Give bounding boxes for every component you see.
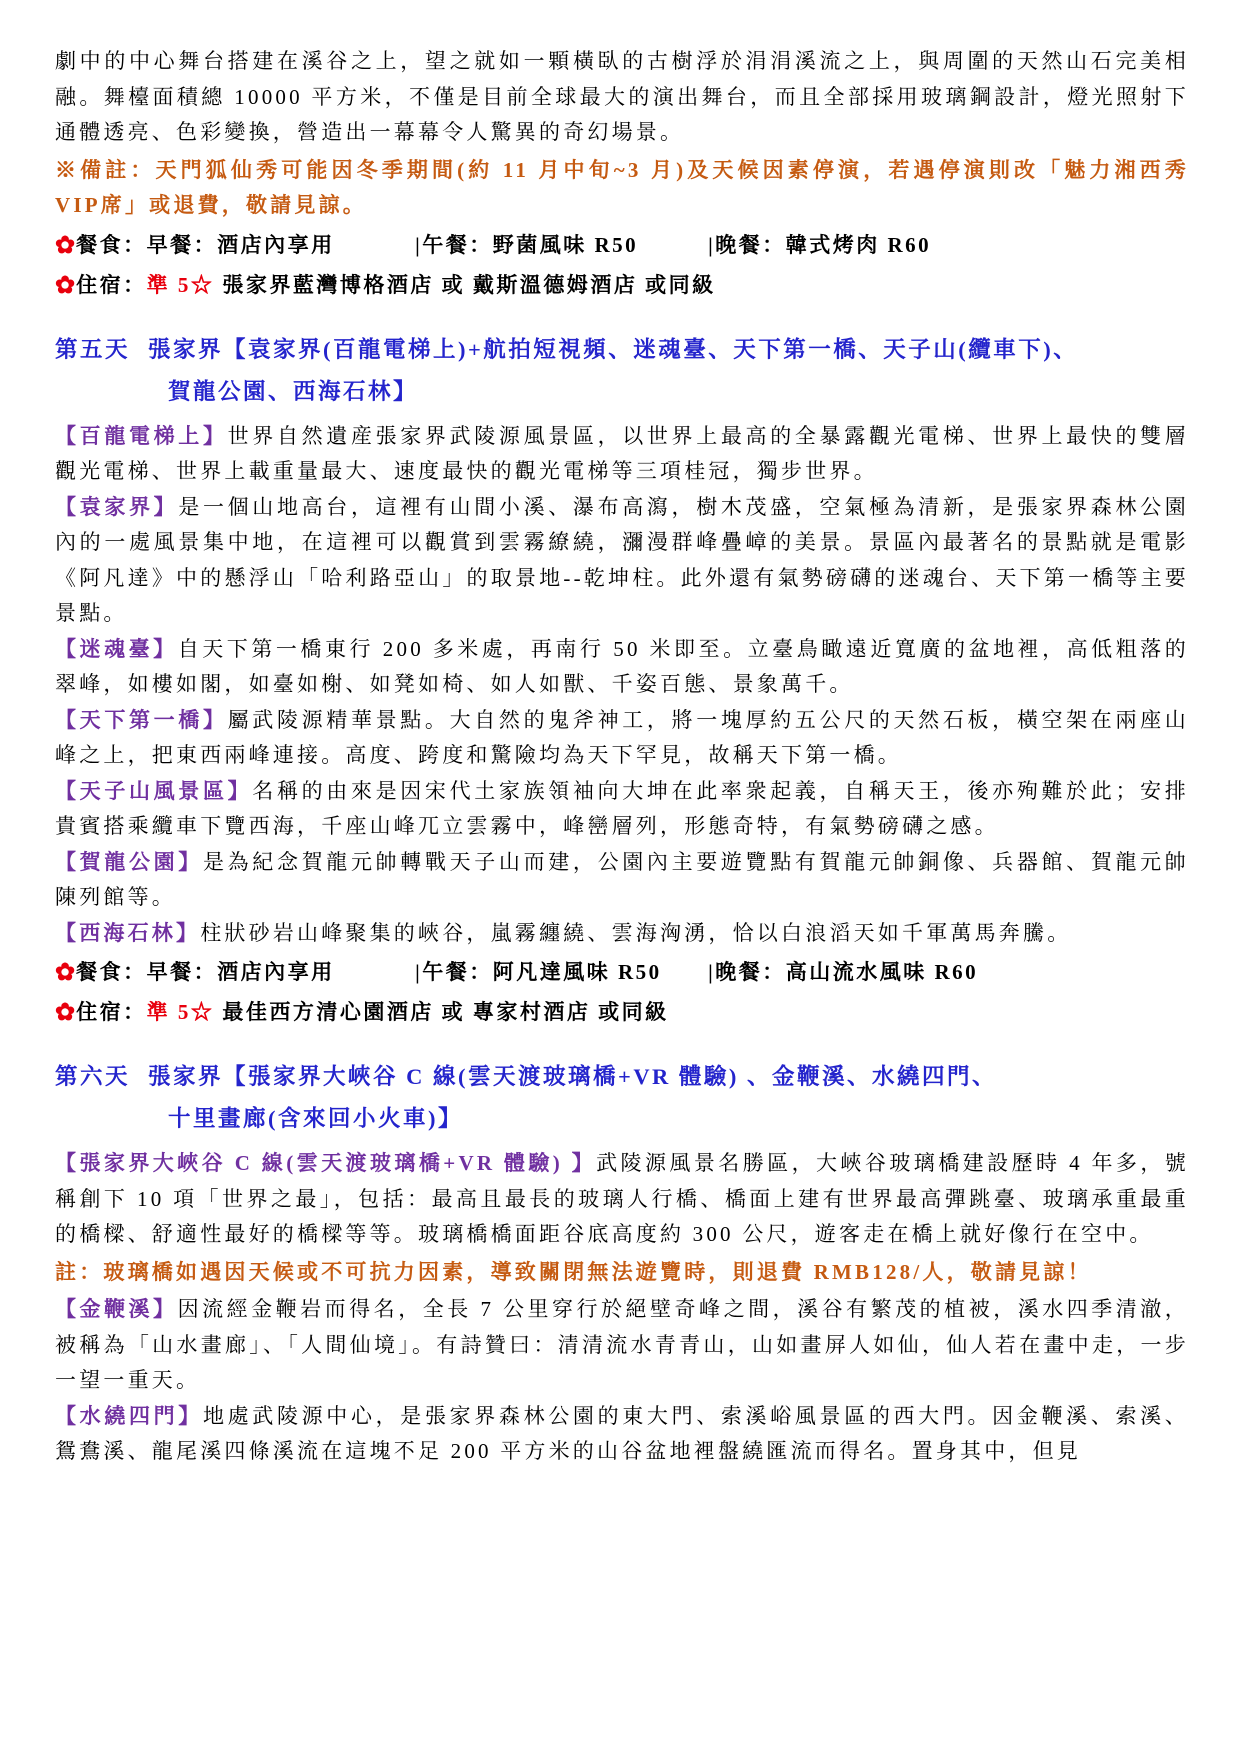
mihuntai-paragraph: 【迷魂臺】自天下第一橋東行 200 多米處，再南行 50 米即至。立臺鳥瞰遠近寬… [55, 632, 1189, 703]
scenic-text: 是一個山地高台，這裡有山間小溪、瀑布高瀉，樹木茂盛，空氣極為清新，是張家界森林公… [55, 495, 1189, 626]
bailong-elevator-paragraph: 【百龍電梯上】世界自然遺産張家界武陵源風景區，以世界上最高的全暴露觀光電梯、世界… [55, 419, 1189, 490]
show-cancellation-remark: ※備註：天門狐仙秀可能因冬季期間(約 11 月中旬~3 月)及天候因素停演，若遇… [55, 153, 1189, 224]
day-route-line1: 張家界【袁家界(百龍電梯上)+航拍短視頻、迷魂臺、天下第一橋、天子山(纜車下)、 [148, 337, 1078, 362]
hotel-names: 張家界藍灣博格酒店 或 戴斯溫德姆酒店 或同級 [222, 273, 715, 297]
day-heading-line2: 賀龍公園、西海石林】 [55, 371, 1189, 413]
day5-hotel-line: ✿住宿：準 5☆最佳西方清心園酒店 或 專家村酒店 或同級 [55, 994, 1189, 1031]
day-number: 第五天 [55, 329, 148, 371]
day6-heading: 第六天張家界【張家界大峽谷 C 線(雲天渡玻璃橋+VR 體驗) 、金鞭溪、水繞四… [55, 1056, 1189, 1140]
day-heading-line2: 十里畫廊(含來回小火車)】 [55, 1098, 1189, 1140]
scenic-title: 【百龍電梯上】 [55, 424, 228, 448]
golden-whip-stream-paragraph: 【金鞭溪】因流經金鞭岩而得名，全長 7 公里穿行於絕壁奇峰之間，溪谷有繁茂的植被… [55, 1292, 1189, 1399]
xihai-stone-forest-paragraph: 【西海石林】柱狀砂岩山峰聚集的峽谷，嵐霧纏繞、雲海洶湧，恰以白浪滔天如千軍萬馬奔… [55, 916, 1189, 952]
meal-dinner: |晚餐：高山流水風味 R60 [708, 960, 978, 984]
scenic-title: 【袁家界】 [55, 495, 178, 519]
meal-dinner: |晚餐：韓式烤肉 R60 [708, 233, 931, 257]
helong-park-paragraph: 【賀龍公園】是為紀念賀龍元帥轉戰天子山而建，公園內主要遊覽點有賀龍元帥銅像、兵器… [55, 845, 1189, 916]
scenic-title: 【張家界大峽谷 C 線(雲天渡玻璃橋+VR 體驗) 】 [55, 1151, 596, 1175]
meal-lunch: |午餐：阿凡達風味 R50 [415, 954, 708, 990]
hotel-grade: 準 5☆ [147, 1000, 215, 1024]
day-heading-line1: 第五天張家界【袁家界(百龍電梯上)+航拍短視頻、迷魂臺、天下第一橋、天子山(纜車… [55, 329, 1189, 371]
meal-breakfast: 餐食：早餐：酒店內享用 [76, 954, 415, 990]
scenic-text: 柱狀砂岩山峰聚集的峽谷，嵐霧纏繞、雲海洶湧，恰以白浪滔天如千軍萬馬奔騰。 [200, 921, 1071, 945]
scenic-title: 【天下第一橋】 [55, 708, 228, 732]
scenic-text: 是為紀念賀龍元帥轉戰天子山而建，公園內主要遊覽點有賀龍元帥銅像、兵器館、賀龍元帥… [55, 850, 1189, 910]
scenic-title: 【賀龍公園】 [55, 850, 203, 874]
grand-canyon-glass-bridge-paragraph: 【張家界大峽谷 C 線(雲天渡玻璃橋+VR 體驗) 】武陵源風景名勝區，大峽谷玻… [55, 1146, 1189, 1253]
day5-heading: 第五天張家界【袁家界(百龍電梯上)+航拍短視頻、迷魂臺、天下第一橋、天子山(纜車… [55, 329, 1189, 413]
tianzishan-paragraph: 【天子山風景區】名稱的由來是因宋代土家族領袖向大坤在此率衆起義，自稱天王，後亦殉… [55, 774, 1189, 845]
scenic-title: 【金鞭溪】 [55, 1297, 178, 1321]
meal-breakfast: 餐食：早餐：酒店內享用 [76, 227, 415, 263]
scenic-text: 自天下第一橋東行 200 多米處，再南行 50 米即至。立臺鳥瞰遠近寬廣的盆地裡… [55, 637, 1189, 697]
meal-lunch: |午餐：野菌風味 R50 [415, 227, 708, 263]
first-bridge-paragraph: 【天下第一橋】屬武陵源精華景點。大自然的鬼斧神工，將一塊厚約五公尺的天然石板，橫… [55, 703, 1189, 774]
scenic-title: 【迷魂臺】 [55, 637, 178, 661]
stay-label: 住宿： [76, 1000, 147, 1024]
scenic-title: 【水繞四門】 [55, 1404, 203, 1428]
scenic-title: 【西海石林】 [55, 921, 200, 945]
scenic-text: 地處武陵源中心，是張家界森林公園的東大門、索溪峪風景區的西大門。因金鞭溪、索溪、… [55, 1404, 1189, 1464]
yuanjiajie-paragraph: 【袁家界】是一個山地高台，這裡有山間小溪、瀑布高瀉，樹木茂盛，空氣極為清新，是張… [55, 490, 1189, 632]
hotel-names: 最佳西方清心園酒店 或 專家村酒店 或同級 [222, 1000, 668, 1024]
shuiraosimen-paragraph: 【水繞四門】地處武陵源中心，是張家界森林公園的東大門、索溪峪風景區的西大門。因金… [55, 1399, 1189, 1470]
day-route-line1: 張家界【張家界大峽谷 C 線(雲天渡玻璃橋+VR 體驗) 、金鞭溪、水繞四門、 [148, 1064, 997, 1089]
day5-meals-line: ✿餐食：早餐：酒店內享用|午餐：阿凡達風味 R50|晚餐：高山流水風味 R60 [55, 954, 1189, 991]
flower-icon: ✿ [55, 273, 75, 299]
day4-hotel-line: ✿住宿：準 5☆張家界藍灣博格酒店 或 戴斯溫德姆酒店 或同級 [55, 267, 1189, 304]
stay-label: 住宿： [76, 273, 147, 297]
flower-icon: ✿ [55, 1000, 75, 1026]
day-number: 第六天 [55, 1056, 148, 1098]
day4-meals-line: ✿餐食：早餐：酒店內享用|午餐：野菌風味 R50|晚餐：韓式烤肉 R60 [55, 227, 1189, 264]
day-heading-line1: 第六天張家界【張家界大峽谷 C 線(雲天渡玻璃橋+VR 體驗) 、金鞭溪、水繞四… [55, 1056, 1189, 1098]
flower-icon: ✿ [55, 960, 75, 986]
hotel-grade: 準 5☆ [147, 273, 215, 297]
scenic-title: 【天子山風景區】 [55, 779, 252, 803]
flower-icon: ✿ [55, 233, 75, 259]
document-page: 劇中的中心舞台搭建在溪谷之上，望之就如一顆橫臥的古樹浮於涓涓溪流之上，與周圍的天… [0, 0, 1241, 1470]
glass-bridge-refund-note: 註：玻璃橋如遇因天候或不可抗力因素，導致關閉無法遊覽時，則退費 RMB128/人… [55, 1255, 1189, 1291]
scenic-text: 因流經金鞭岩而得名，全長 7 公里穿行於絕壁奇峰之間，溪谷有繁茂的植被，溪水四季… [55, 1297, 1189, 1392]
intro-paragraph: 劇中的中心舞台搭建在溪谷之上，望之就如一顆橫臥的古樹浮於涓涓溪流之上，與周圍的天… [55, 44, 1189, 151]
